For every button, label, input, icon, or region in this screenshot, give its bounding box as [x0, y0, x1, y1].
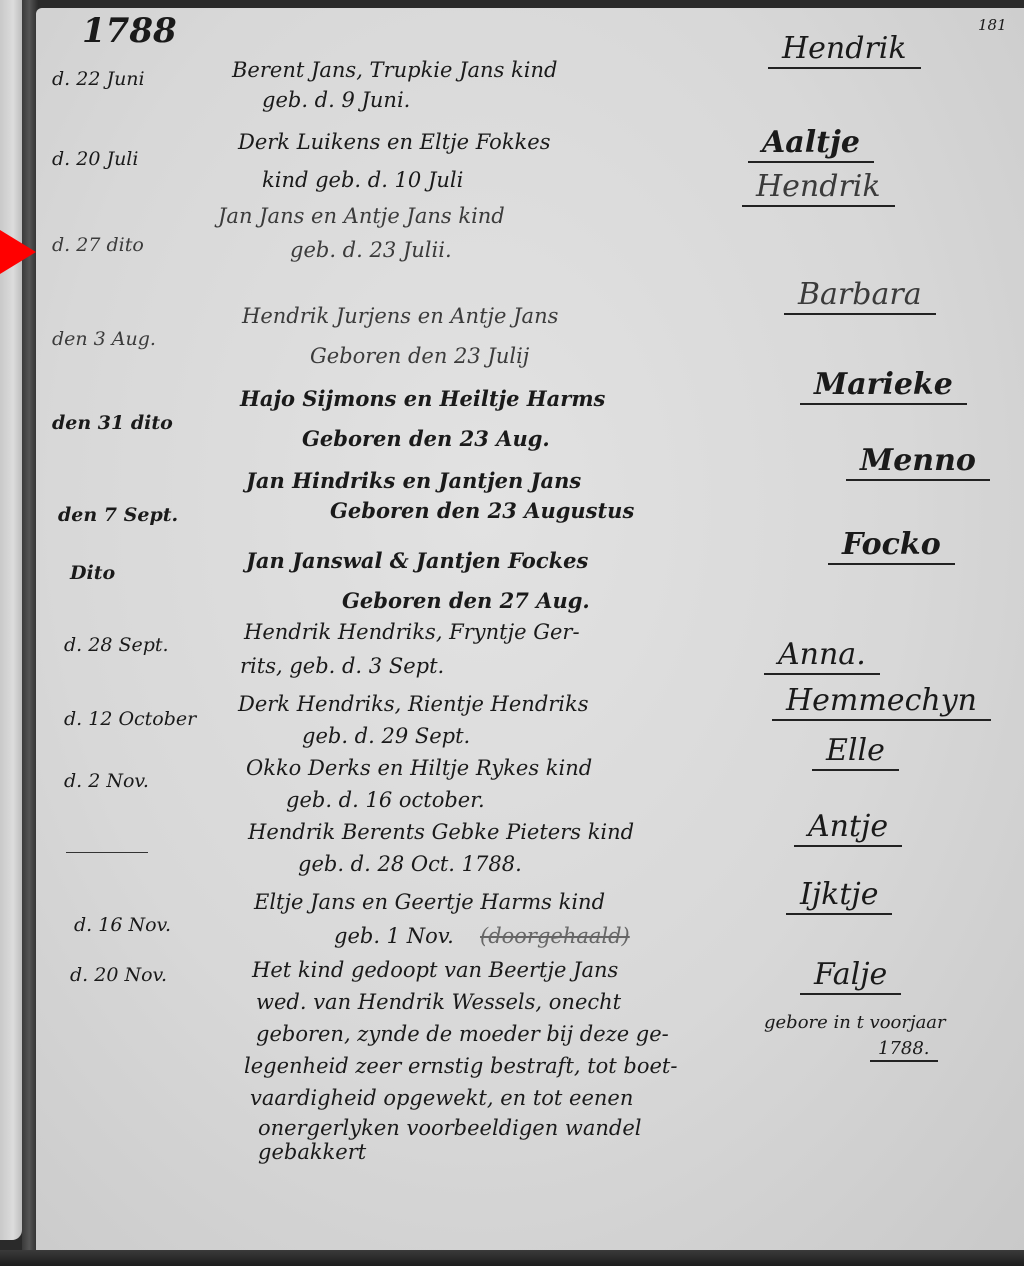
date-placeholder-rule [66, 852, 148, 853]
entry-parents: Eltje Jans en Geertje Harms kind [254, 892, 605, 913]
child-name: Anna. [764, 640, 880, 675]
entry-parents: Hendrik Hendriks, Fryntje Ger- [244, 622, 580, 643]
entry-parents: Derk Luikens en Eltje Fokkes [238, 132, 550, 153]
entry-text-line: geboren, zynde de moeder bij deze ge- [256, 1024, 669, 1045]
child-name: Hendrik [768, 34, 921, 69]
entry-parents: Hendrik Berents Gebke Pieters kind [248, 822, 634, 843]
entry-birth: Geboren den 27 Aug. [342, 590, 590, 611]
child-name: Ijktje [786, 880, 892, 915]
entry-text-line: gebakkert [258, 1142, 366, 1163]
child-name: Aaltje [748, 128, 874, 163]
entry-birth: rits, geb. d. 3 Sept. [240, 656, 444, 677]
entry-date: d. 28 Sept. [64, 636, 169, 655]
page-number: 181 [978, 18, 1007, 33]
entry-text-line: legenheid zeer ernstig bestraft, tot boe… [244, 1056, 677, 1077]
entry-birth: Geboren den 23 Augustus [330, 500, 634, 521]
entry-date: d. 16 Nov. [74, 916, 171, 935]
entry-date: d. 12 October [64, 710, 196, 729]
red-marker-arrow-icon [0, 230, 36, 274]
entry-birth: geb. d. 23 Julii. [290, 240, 452, 261]
entry-parents: Jan Jans en Antje Jans kind [218, 206, 505, 227]
child-name: Focko [828, 530, 955, 565]
child-note: gebore in t voorjaar [764, 1014, 946, 1032]
entry-birth: geb. 1 Nov. [334, 926, 454, 947]
entry-parents: Hajo Sijmons en Heiltje Harms [240, 388, 605, 409]
struck-out-text: (doorgehaald) [480, 926, 630, 947]
entry-parents: Jan Janswal & Jantjen Fockes [246, 550, 588, 571]
entry-date: Dito [70, 564, 115, 583]
entry-text-line: Het kind gedoopt van Beertje Jans [252, 960, 618, 981]
entry-birth: geb. d. 16 october. [286, 790, 485, 811]
child-name: Elle [812, 736, 899, 771]
entry-text-line: onergerlyken voorbeeldigen wandel [258, 1118, 642, 1139]
entry-date: d. 20 Juli [52, 150, 138, 169]
child-name: Falje [800, 960, 901, 995]
entry-parents: Derk Hendriks, Rientje Hendriks [238, 694, 589, 715]
entry-birth: Geboren den 23 Aug. [302, 428, 550, 449]
entry-birth: kind geb. d. 10 Juli [262, 170, 463, 191]
child-name: Hemmechyn [772, 686, 991, 721]
entry-date: den 7 Sept. [58, 506, 178, 525]
child-name: Antje [794, 812, 902, 847]
child-name: Menno [846, 446, 990, 481]
page-bottom-edge [0, 1250, 1024, 1266]
entry-parents: Berent Jans, Trupkie Jans kind [232, 60, 557, 81]
entry-date: den 31 dito [52, 414, 173, 433]
entry-date: d. 22 Juni [52, 70, 145, 89]
entry-text-line: wed. van Hendrik Wessels, onecht [256, 992, 621, 1013]
entry-date: d. 2 Nov. [64, 772, 149, 791]
entry-text-line: vaardigheid opgewekt, en tot eenen [250, 1088, 633, 1109]
entry-date: d. 20 Nov. [70, 966, 167, 985]
facing-page-edge [0, 0, 22, 1240]
entry-date: den 3 Aug. [52, 330, 156, 349]
entry-parents: Hendrik Jurjens en Antje Jans [242, 306, 558, 327]
entry-parents: Jan Hindriks en Jantjen Jans [246, 470, 581, 491]
entry-birth: geb. d. 28 Oct. 1788. [298, 854, 522, 875]
entry-birth: Geboren den 23 Julij [310, 346, 529, 367]
entry-birth: geb. d. 9 Juni. [262, 90, 410, 111]
year-heading: 1788 [82, 14, 177, 48]
entry-date: d. 27 dito [52, 236, 144, 255]
child-name: Barbara [784, 280, 936, 315]
child-note-year: 1788. [870, 1040, 938, 1062]
entry-parents: Okko Derks en Hiltje Rykes kind [246, 758, 592, 779]
child-name: Hendrik [742, 172, 895, 207]
child-name: Marieke [800, 370, 967, 405]
entry-birth: geb. d. 29 Sept. [302, 726, 470, 747]
